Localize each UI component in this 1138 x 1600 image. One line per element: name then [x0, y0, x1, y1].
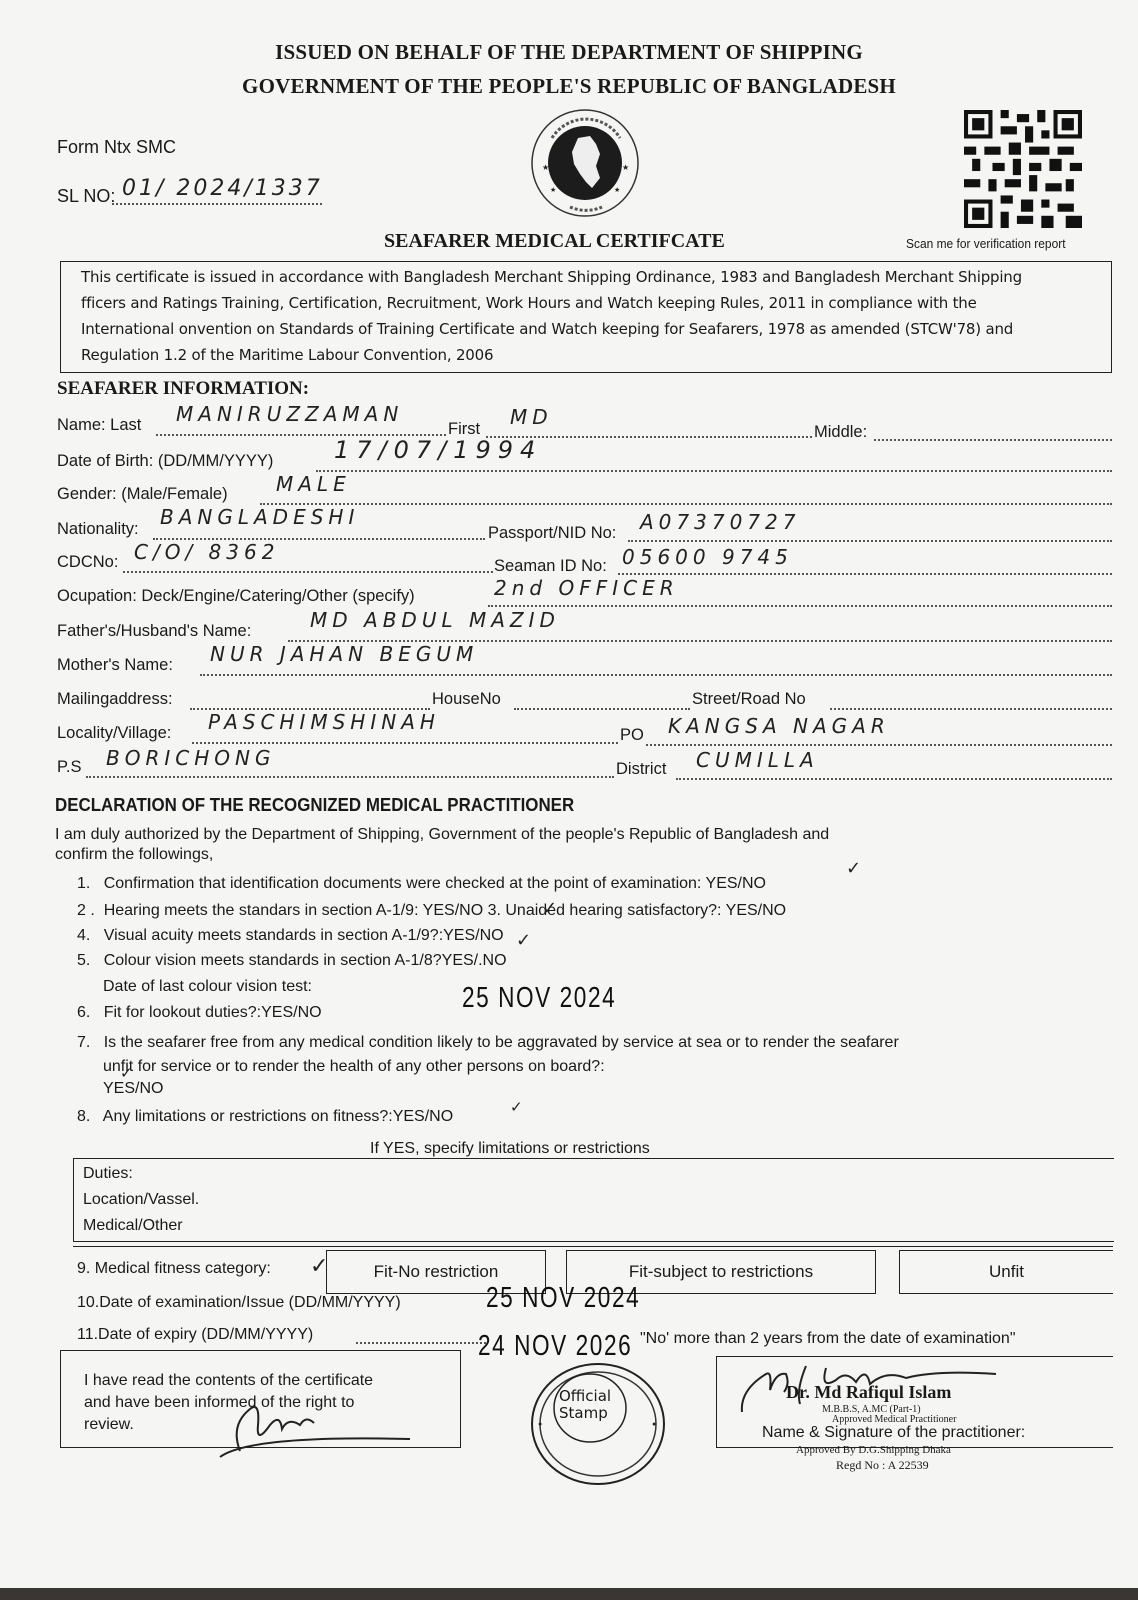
gender-label: Gender: (Male/Female): [57, 485, 228, 504]
street-dots: [830, 708, 1112, 710]
passport-value[interactable]: A07370727: [640, 510, 800, 534]
item-number: 1.: [77, 875, 90, 892]
cdc-dots: [123, 571, 493, 573]
svg-text:★: ★: [550, 186, 556, 194]
po-dots: [646, 744, 1112, 746]
exam-date-label: 10.Date of examination/Issue (DD/MM/YYYY…: [77, 1294, 401, 1312]
certificate-page: ISSUED ON BEHALF OF THE DEPARTMENT OF SH…: [0, 0, 1138, 1588]
item-number: 2 .: [77, 902, 95, 919]
header-line-2: GOVERNMENT OF THE PEOPLE'S REPUBLIC OF B…: [0, 74, 1138, 99]
declaration-item-1: 1. Confirmation that identification docu…: [77, 875, 766, 893]
street-label: Street/Road No: [692, 690, 806, 709]
item-number: 8.: [77, 1108, 90, 1125]
stamp-label: Official Stamp: [559, 1388, 611, 1422]
fitness-category-label: 9. Medical fitness category:: [77, 1260, 271, 1278]
declaration-item-5: 5. Colour vision meets standards in sect…: [77, 952, 507, 970]
svg-text:★: ★: [542, 163, 549, 172]
doctor-name: Dr. Md Rafiqul Islam: [786, 1382, 951, 1403]
declaration-para-2: confirm the followings,: [55, 846, 213, 864]
occupation-dots: [488, 605, 1112, 607]
locality-label: Locality/Village:: [57, 724, 171, 743]
nationality-value[interactable]: BANGLADESHI: [160, 505, 359, 529]
ack-line: I have read the contents of the certific…: [84, 1370, 373, 1392]
intro-line: fficers and Ratings Training, Certificat…: [81, 290, 1111, 316]
no-tick-icon: ✓: [510, 1098, 523, 1116]
mother-name-value[interactable]: NUR JAHAN BEGUM: [210, 642, 478, 666]
occupation-value[interactable]: 2nd OFFICER: [494, 576, 679, 600]
certificate-title: SEAFARER MEDICAL CERTIFCATE: [384, 230, 725, 253]
father-name-label: Father's/Husband's Name:: [57, 622, 251, 641]
expiry-note: "No' more than 2 years from the date of …: [640, 1330, 1016, 1348]
colour-test-date-stamp: 25 NOV 2024: [462, 982, 616, 1015]
dob-value[interactable]: 17/07/1994: [334, 436, 542, 464]
stamp-line: Official: [559, 1388, 611, 1405]
item-text: Visual acuity meets standards in section…: [104, 927, 504, 944]
expiry-dots: [356, 1342, 486, 1344]
restriction-location[interactable]: Location/Vassel.: [83, 1191, 199, 1209]
declaration-item-2: 2 . Hearing meets the standars in sectio…: [77, 902, 786, 920]
ps-dots: [86, 776, 614, 778]
seaman-id-label: Seaman ID No:: [494, 557, 607, 576]
po-value[interactable]: KANGSA NAGAR: [668, 714, 890, 738]
declaration-heading: DECLARATION OF THE RECOGNIZED MEDICAL PR…: [55, 795, 574, 816]
intro-box: This certificate is issued in accordance…: [60, 261, 1112, 373]
item-text: Colour vision meets standards in section…: [104, 952, 507, 969]
district-dots: [676, 778, 1112, 780]
declaration-item-4: 4. Visual acuity meets standards in sect…: [77, 927, 504, 945]
item-text: Fit for lookout duties?:YES/NO: [104, 1004, 322, 1021]
seaman-id-value[interactable]: 05600 9745: [622, 545, 793, 569]
svg-text:★: ★: [614, 186, 620, 194]
house-no-label: HouseNo: [432, 690, 501, 709]
item-text: Any limitations or restrictions on fitne…: [103, 1108, 453, 1125]
po-label: PO: [620, 726, 644, 745]
item-text: Hearing meets the standars in section A-…: [104, 902, 786, 919]
first-name-value[interactable]: MD: [510, 405, 553, 429]
ps-value[interactable]: BORICHONG: [106, 746, 275, 770]
house-no-dots: [514, 708, 690, 710]
yes-tick-icon: ✓: [516, 930, 531, 951]
declaration-item-8: 8. Any limitations or restrictions on fi…: [77, 1108, 453, 1126]
locality-dots: [192, 742, 618, 744]
mother-name-label: Mother's Name:: [57, 656, 173, 675]
declaration-item-7-cont: unfit for service or to render the healt…: [103, 1058, 605, 1076]
middle-name-label: Middle:: [814, 423, 867, 442]
government-seal-icon: ★ ★ ★ ★: [530, 108, 640, 218]
doctor-approved: Approved By D.G.Shipping Dhaka: [796, 1444, 951, 1456]
qr-caption: Scan me for verification report: [906, 236, 1066, 251]
item-number: 7.: [77, 1034, 90, 1051]
restriction-medical[interactable]: Medical/Other: [83, 1217, 183, 1235]
district-label: District: [616, 760, 666, 779]
seaman-id-dots: [618, 573, 1112, 575]
svg-text:●: ●: [652, 1421, 656, 1428]
fitness-option-unfit[interactable]: Unfit: [899, 1250, 1113, 1294]
yes-tick-icon: ✓: [846, 858, 861, 879]
passport-label: Passport/NID No:: [488, 524, 616, 543]
seafarer-info-heading: SEAFARER INFORMATION:: [57, 378, 309, 400]
cdc-label: CDCNo:: [57, 553, 118, 572]
dob-label: Date of Birth: (DD/MM/YYYY): [57, 452, 273, 471]
item-number: 4.: [77, 927, 90, 944]
intro-line: Regulation 1.2 of the Maritime Labour Co…: [81, 342, 1111, 368]
ps-label: P.S: [57, 758, 81, 777]
seafarer-signature-icon: [210, 1395, 420, 1465]
official-stamp-icon: ● ●: [528, 1362, 668, 1486]
gender-value[interactable]: MALE: [276, 472, 351, 496]
dob-dots: [316, 470, 1112, 472]
yes-tick-icon: ✓: [542, 898, 557, 919]
sl-no-label: SL NO:: [57, 186, 115, 207]
declaration-para-1: I am duly authorized by the Department o…: [55, 826, 829, 844]
intro-line: This certificate is issued in accordance…: [81, 264, 1111, 290]
last-name-value[interactable]: MANIRUZZAMAN: [176, 402, 403, 426]
form-number: Form Ntx SMC: [57, 137, 176, 158]
practitioner-label: Name & Signature of the practitioner:: [762, 1424, 1025, 1442]
gender-dots: [260, 503, 1112, 505]
expiry-date-stamp: 24 NOV 2026: [478, 1330, 632, 1363]
restriction-duties[interactable]: Duties:: [83, 1165, 133, 1183]
restrictions-caption: If YES, specify limitations or restricti…: [370, 1140, 650, 1158]
passport-dots: [628, 540, 1112, 542]
last-name-label: Name: Last: [57, 416, 141, 435]
header-line-1: ISSUED ON BEHALF OF THE DEPARTMENT OF SH…: [0, 40, 1138, 65]
district-value[interactable]: CUMILLA: [696, 748, 819, 772]
cdc-value[interactable]: C/O/ 8362: [134, 540, 279, 564]
restrictions-box: [73, 1158, 1114, 1242]
qr-code-icon[interactable]: [964, 110, 1082, 228]
nationality-label: Nationality:: [57, 520, 139, 539]
declaration-item-7: 7. Is the seafarer free from any medical…: [77, 1034, 899, 1052]
divider: [73, 1246, 1113, 1247]
expiry-date-label: 11.Date of expiry (DD/MM/YYYY): [77, 1326, 313, 1344]
item-number: 5.: [77, 952, 90, 969]
svg-text:★: ★: [622, 163, 629, 172]
item-number: 6.: [77, 1004, 90, 1021]
exam-date-stamp: 25 NOV 2024: [486, 1282, 640, 1315]
page-edge: [0, 1588, 1138, 1600]
father-name-value[interactable]: MD ABDUL MAZID: [310, 608, 560, 632]
sl-no-dots: [112, 203, 322, 205]
middle-name-dots: [874, 439, 1112, 441]
doctor-regd-no: Regd No : A 22539: [836, 1458, 929, 1473]
declaration-item-7-answer: YES/NO: [103, 1080, 163, 1098]
declaration-item-6: 6. Fit for lookout duties?:YES/NO: [77, 1004, 322, 1022]
mother-name-dots: [200, 674, 1112, 676]
sl-no-value: 01/ 2024/1337: [122, 176, 323, 201]
svg-text:●: ●: [538, 1421, 542, 1428]
stamp-line: Stamp: [559, 1405, 611, 1422]
item-text: Is the seafarer free from any medical co…: [104, 1034, 899, 1051]
colour-test-label: Date of last colour vision test:: [103, 978, 312, 996]
locality-value[interactable]: PASCHIMSHINAH: [208, 710, 440, 734]
intro-line: International onvention on Standards of …: [81, 316, 1111, 342]
mailing-address-label: Mailingaddress:: [57, 690, 173, 709]
item-text: Confirmation that identification documen…: [104, 875, 766, 892]
occupation-label: Ocupation: Deck/Engine/Catering/Other (s…: [57, 587, 415, 606]
